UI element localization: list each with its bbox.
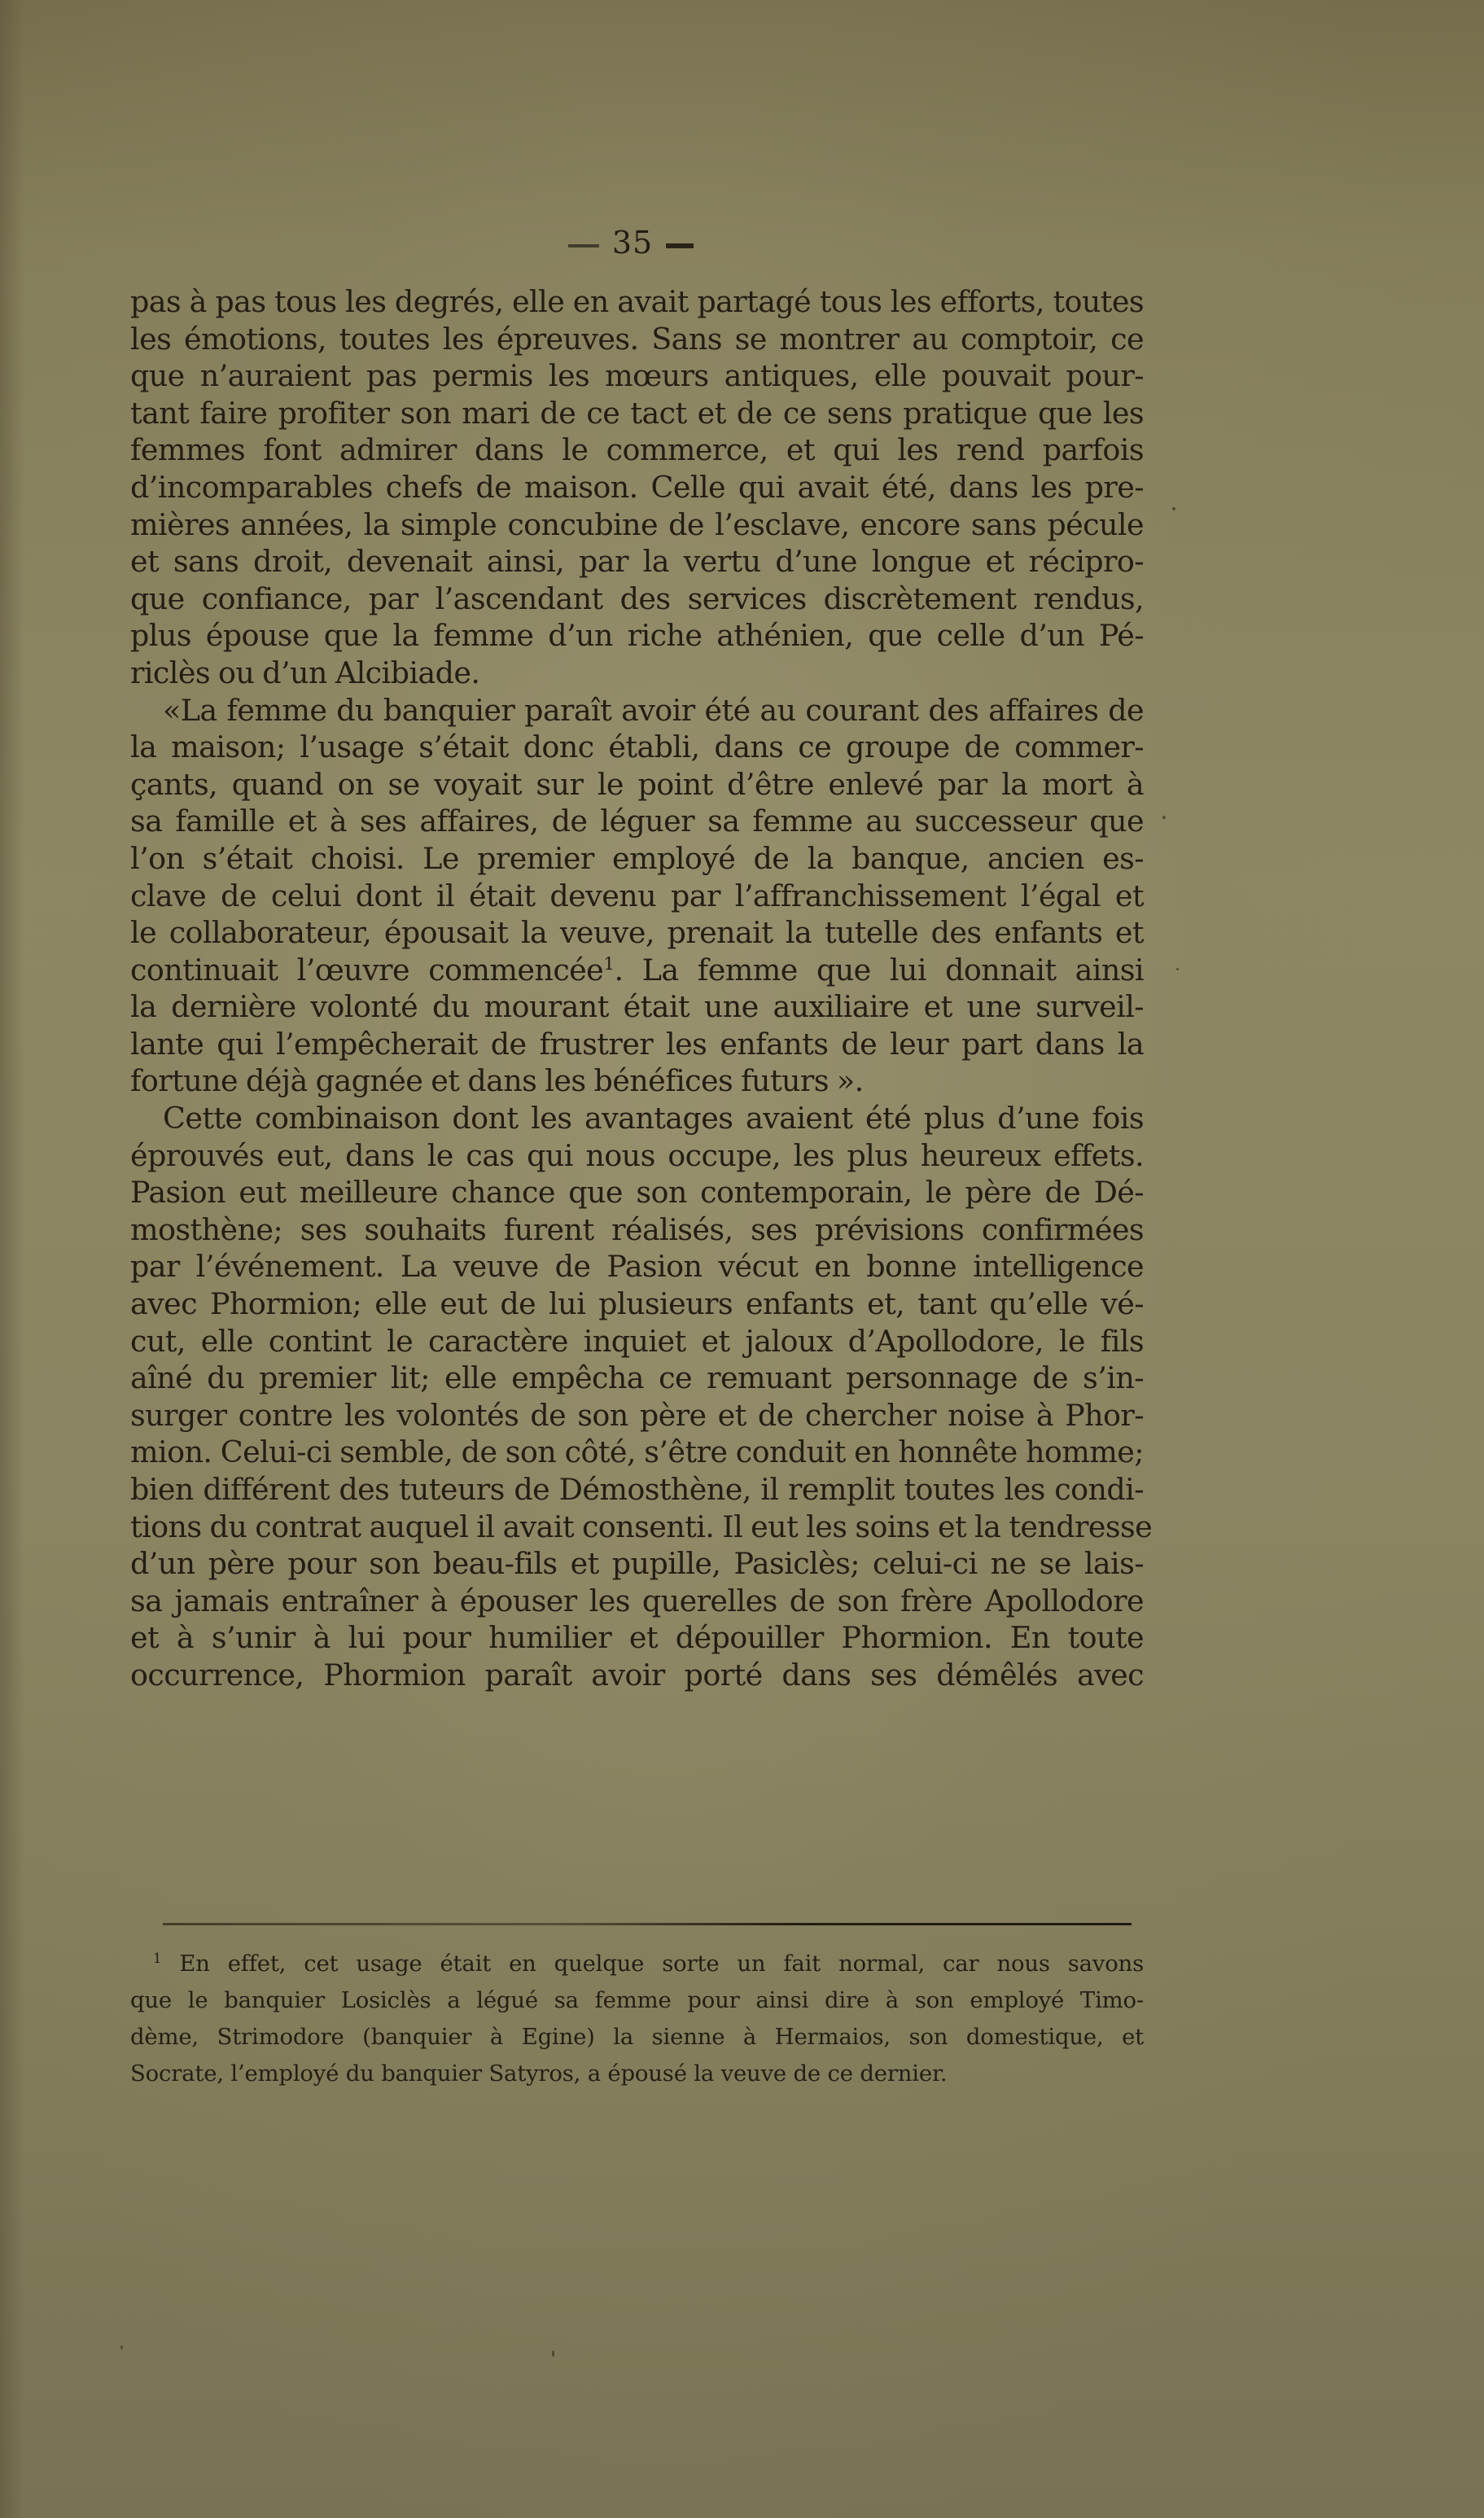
text-line-paragraph-end: fortune déjà gagnée et dans les bénéfice… xyxy=(130,1062,1144,1100)
footnote-line: dème, Strimodore (banquier à Egine) la s… xyxy=(130,2019,1144,2056)
text-line: avec Phormion; elle eut de lui plusieurs… xyxy=(130,1285,1144,1323)
text-line: occurrence, Phormion paraît avoir porté … xyxy=(130,1657,1144,1694)
footnote-line-first: 1 En effet, cet usage était en quelque s… xyxy=(130,1946,1144,1982)
text-line-paragraph-end: riclès ou d’un Alcibiade. xyxy=(130,655,1144,692)
footnote-text: En effet, cet usage était en quelque sor… xyxy=(179,1951,1144,1977)
text-line: sa famille et à ses affaires, de léguer … xyxy=(130,803,1144,840)
page-number-dash-left xyxy=(568,244,599,247)
text-line: cut, elle contint le caractère inquiet e… xyxy=(130,1323,1144,1360)
text-line: pas à pas tous les degrés, elle en avait… xyxy=(130,283,1144,321)
text-line: par l’événement. La veuve de Pasion vécu… xyxy=(130,1248,1144,1285)
text-line: le collaborateur, épousait la veuve, pre… xyxy=(130,914,1144,952)
text-line: çants, quand on se voyait sur le point d… xyxy=(130,766,1144,804)
text-line: la maison; l’usage s’était donc établi, … xyxy=(130,729,1144,766)
paper-speck xyxy=(1172,507,1175,510)
text-line-paragraph-start: «La femme du banquier paraît avoir été a… xyxy=(130,692,1144,729)
text-line-paragraph-start: Cette combinaison dont les avantages ava… xyxy=(130,1100,1144,1137)
main-text-block: pas à pas tous les degrés, elle en avait… xyxy=(130,283,1144,1694)
paper-speck xyxy=(1162,816,1166,819)
text-line: clave de celui dont il était devenu par … xyxy=(130,878,1144,915)
text-line: lante qui l’empêcherait de frustrer les … xyxy=(130,1026,1144,1063)
page-edge-shadow xyxy=(0,0,24,2518)
paper-speck xyxy=(552,2350,554,2357)
footnote-reference[interactable]: 1 xyxy=(603,954,614,974)
text-line: d’incomparables chefs de maison. Celle q… xyxy=(130,469,1144,506)
text-line: que confiance, par l’ascendant des servi… xyxy=(130,580,1144,618)
text-line: bien différent des tuteurs de Démosthène… xyxy=(130,1471,1144,1509)
footnote-line-last: Socrate, l’employé du banquier Satyros, … xyxy=(130,2056,1144,2092)
page-number-value: 35 xyxy=(612,225,653,261)
text-line: sa jamais entraîner à épouser les querel… xyxy=(130,1583,1144,1620)
paper-speck xyxy=(120,2345,123,2349)
text-line: d’un père pour son beau-fils et pupille,… xyxy=(130,1545,1144,1583)
page-number-dash-right xyxy=(666,243,694,248)
footnote-marker: 1 xyxy=(153,1951,161,1966)
text-line: les émotions, toutes les épreuves. Sans … xyxy=(130,321,1144,358)
text-line: aîné du premier lit; elle empêcha ce rem… xyxy=(130,1360,1144,1397)
footnote-separator xyxy=(163,1923,1132,1925)
text-line: femmes font admirer dans le commerce, et… xyxy=(130,431,1144,469)
text-line: éprouvés eut, dans le cas qui nous occup… xyxy=(130,1137,1144,1175)
text-line: et sans droit, devenait ainsi, par la ve… xyxy=(130,543,1144,580)
text-line: surger contre les volontés de son père e… xyxy=(130,1397,1144,1434)
text-line: mosthène; ses souhaits furent réalisés, … xyxy=(130,1211,1144,1249)
text-line: tant faire profiter son mari de ce tact … xyxy=(130,395,1144,432)
text-line: Pasion eut meilleure chance que son cont… xyxy=(130,1174,1144,1211)
text-line: que n’auraient pas permis les mœurs anti… xyxy=(130,357,1144,395)
footnotes-block: 1 En effet, cet usage était en quelque s… xyxy=(130,1946,1144,2092)
paper-speck xyxy=(1176,968,1179,970)
footnote-line: que le banquier Losiclès a légué sa femm… xyxy=(130,1982,1144,2019)
text-segment: continuait l’œuvre commencée xyxy=(130,952,603,987)
page-number: 35 xyxy=(0,225,1262,261)
text-line: mion. Celui-ci semble, de son côté, s’êt… xyxy=(130,1434,1144,1471)
text-line: mières années, la simple concubine de l’… xyxy=(130,506,1144,544)
text-line-with-footnote: continuait l’œuvre commencée1. La femme … xyxy=(130,952,1144,989)
text-line: la dernière volonté du mourant était une… xyxy=(130,988,1144,1026)
text-line: et à s’unir à lui pour humilier et dépou… xyxy=(130,1619,1144,1657)
text-line: l’on s’était choisi. Le premier employé … xyxy=(130,840,1144,878)
text-line: plus épouse que la femme d’un riche athé… xyxy=(130,617,1144,655)
text-line: tions du contrat auquel il avait consent… xyxy=(130,1509,1144,1546)
text-segment: . La femme que lui donnait ainsi xyxy=(615,952,1144,987)
